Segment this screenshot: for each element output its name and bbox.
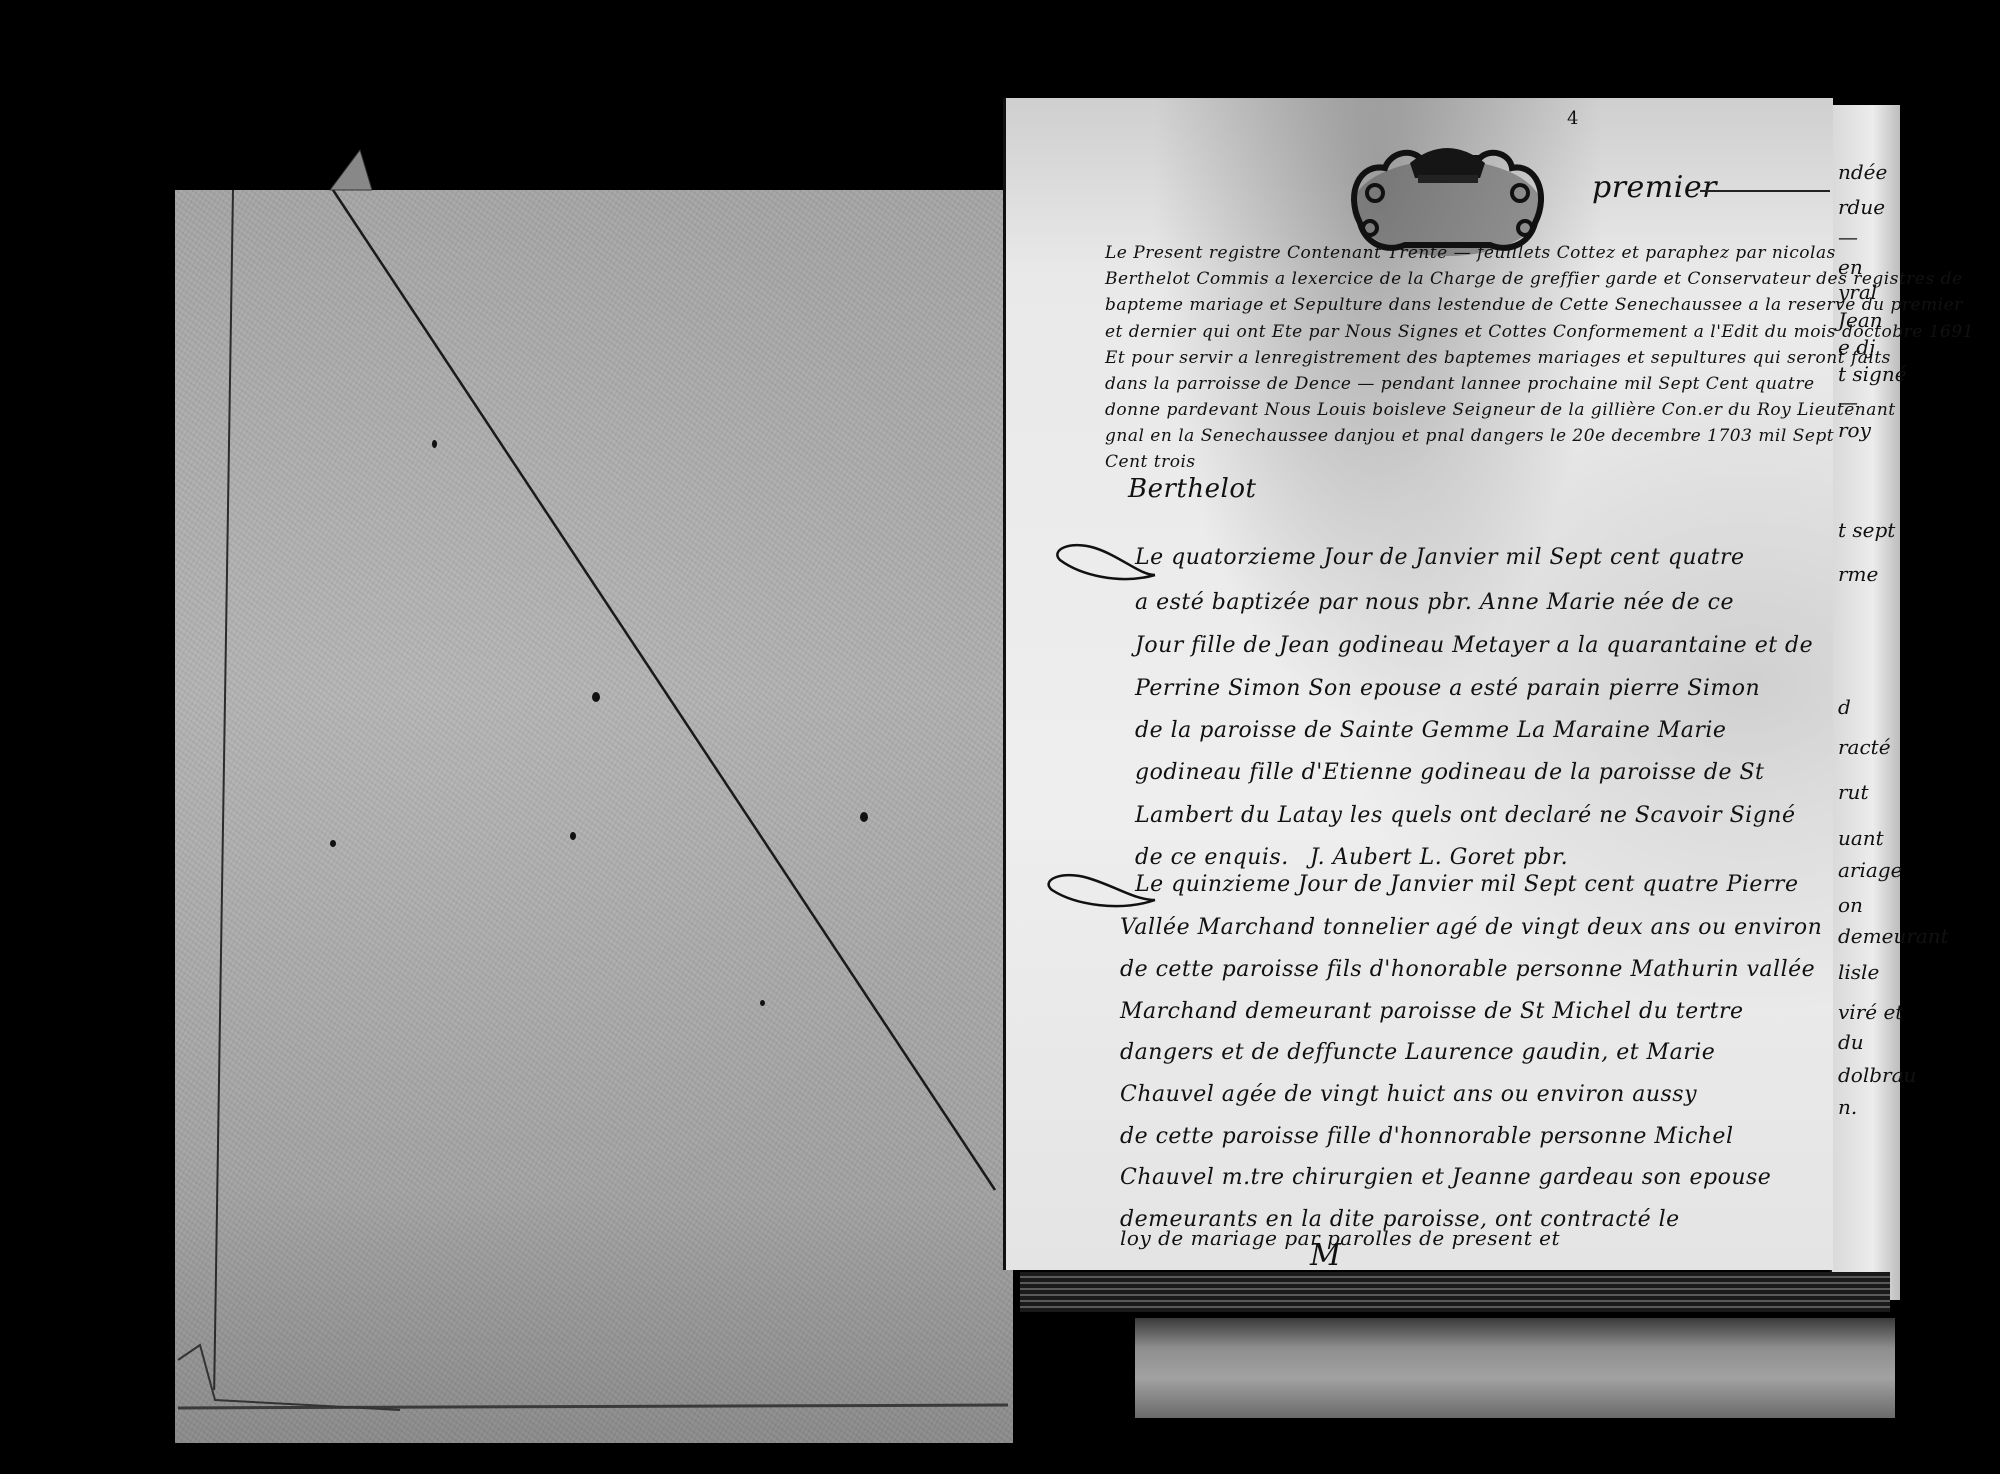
header-line: donne pardevant Nous Louis boisleve Seig… <box>1105 400 1896 420</box>
entry-signatures: J. Aubert L. Goret pbr. <box>1310 845 1568 870</box>
header-signature: Berthelot <box>1128 474 1256 504</box>
header-line: Le Present registre Contenant Trente — f… <box>1105 243 1836 263</box>
underlying-page-bottom <box>1135 1318 1895 1418</box>
header-line: gnal en la Senechaussee danjou et pnal d… <box>1105 426 1834 446</box>
entry-line: Jour fille de Jean godineau Metayer a la… <box>1135 633 1813 658</box>
page-number: 4 <box>1567 108 1579 129</box>
entry-line: de cette paroisse fille d'honnorable per… <box>1120 1124 1734 1149</box>
cover-board <box>175 190 1013 1443</box>
entry-line: dangers et de deffuncte Laurence gaudin,… <box>1120 1040 1715 1065</box>
margin-fragment: d <box>1838 695 1851 719</box>
margin-fragment: uant <box>1838 826 1884 850</box>
entry-line: Marchand demeurant paroisse de St Michel… <box>1120 999 1744 1024</box>
margin-fragment: ndée <box>1838 160 1887 184</box>
coat-of-arms-stamp-icon <box>1340 133 1555 258</box>
entry-line: Lambert du Latay les quels ont declaré n… <box>1135 803 1795 828</box>
cover-speck <box>760 1000 765 1006</box>
header-line: bapteme mariage et Sepulture dans lesten… <box>1105 295 1963 315</box>
margin-fragment: — <box>1838 225 1858 249</box>
margin-fragment: demeurant <box>1838 924 1949 948</box>
header-line: Berthelot Commis a lexercice de la Charg… <box>1105 269 1963 289</box>
entry-line: Le quatorzieme Jour de Janvier mil Sept … <box>1135 545 1745 570</box>
margin-fragment: n. <box>1838 1095 1857 1119</box>
header-line: Cent trois <box>1105 452 1196 472</box>
margin-fragment: rme <box>1838 562 1878 586</box>
register-title-word: premier <box>1592 170 1717 205</box>
title-underline <box>1700 190 1830 192</box>
margin-fragment: — <box>1838 390 1858 414</box>
entry-line: Chauvel m.tre chirurgien et Jeanne garde… <box>1120 1165 1771 1190</box>
entry-line: godineau fille d'Etienne godineau de la … <box>1135 760 1764 785</box>
entry-line: Perrine Simon Son epouse a esté parain p… <box>1135 676 1760 701</box>
catchword: M <box>1310 1238 1341 1273</box>
margin-fragment: du <box>1838 1030 1864 1054</box>
margin-fragment: racté <box>1838 735 1891 759</box>
margin-fragment: rut <box>1838 780 1868 804</box>
margin-fragment: t sept <box>1838 518 1895 542</box>
entry-line: de la paroisse de Sainte Gemme La Marain… <box>1135 718 1726 743</box>
margin-fragment: Jean <box>1838 308 1883 332</box>
entry-line: Vallée Marchand tonnelier agé de vingt d… <box>1120 915 1822 940</box>
entry-line: de cette paroisse fils d'honorable perso… <box>1120 957 1815 982</box>
margin-fragment: rdue <box>1838 195 1885 219</box>
margin-fragment: on <box>1838 893 1863 917</box>
cover-speck <box>592 692 600 702</box>
margin-fragment: dolbrau <box>1838 1063 1916 1087</box>
cover-speck <box>330 840 336 847</box>
header-line: Et pour servir a lenregistrement des bap… <box>1105 348 1891 368</box>
margin-fragment: ariage <box>1838 858 1902 882</box>
margin-fragment: t signé <box>1838 362 1907 386</box>
entry-line: a esté baptizée par nous pbr. Anne Marie… <box>1135 590 1734 615</box>
cover-speck <box>570 832 576 840</box>
header-line: dans la parroisse de Dence — pendant lan… <box>1105 374 1815 394</box>
margin-fragment: roy <box>1838 418 1871 442</box>
cover-speck <box>432 440 437 448</box>
entry-line: Chauvel agée de vingt huict ans ou envir… <box>1120 1082 1697 1107</box>
margin-fragment: viré et <box>1838 1000 1903 1024</box>
margin-fragment: e dj <box>1838 335 1875 359</box>
margin-fragment: lisle <box>1838 960 1879 984</box>
page-stack-edge <box>1020 1272 1890 1312</box>
margin-fragment: yral <box>1838 280 1877 304</box>
margin-fragment: en <box>1838 255 1863 279</box>
cover-speck <box>860 812 868 822</box>
entry-line: Le quinzieme Jour de Janvier mil Sept ce… <box>1135 872 1798 897</box>
